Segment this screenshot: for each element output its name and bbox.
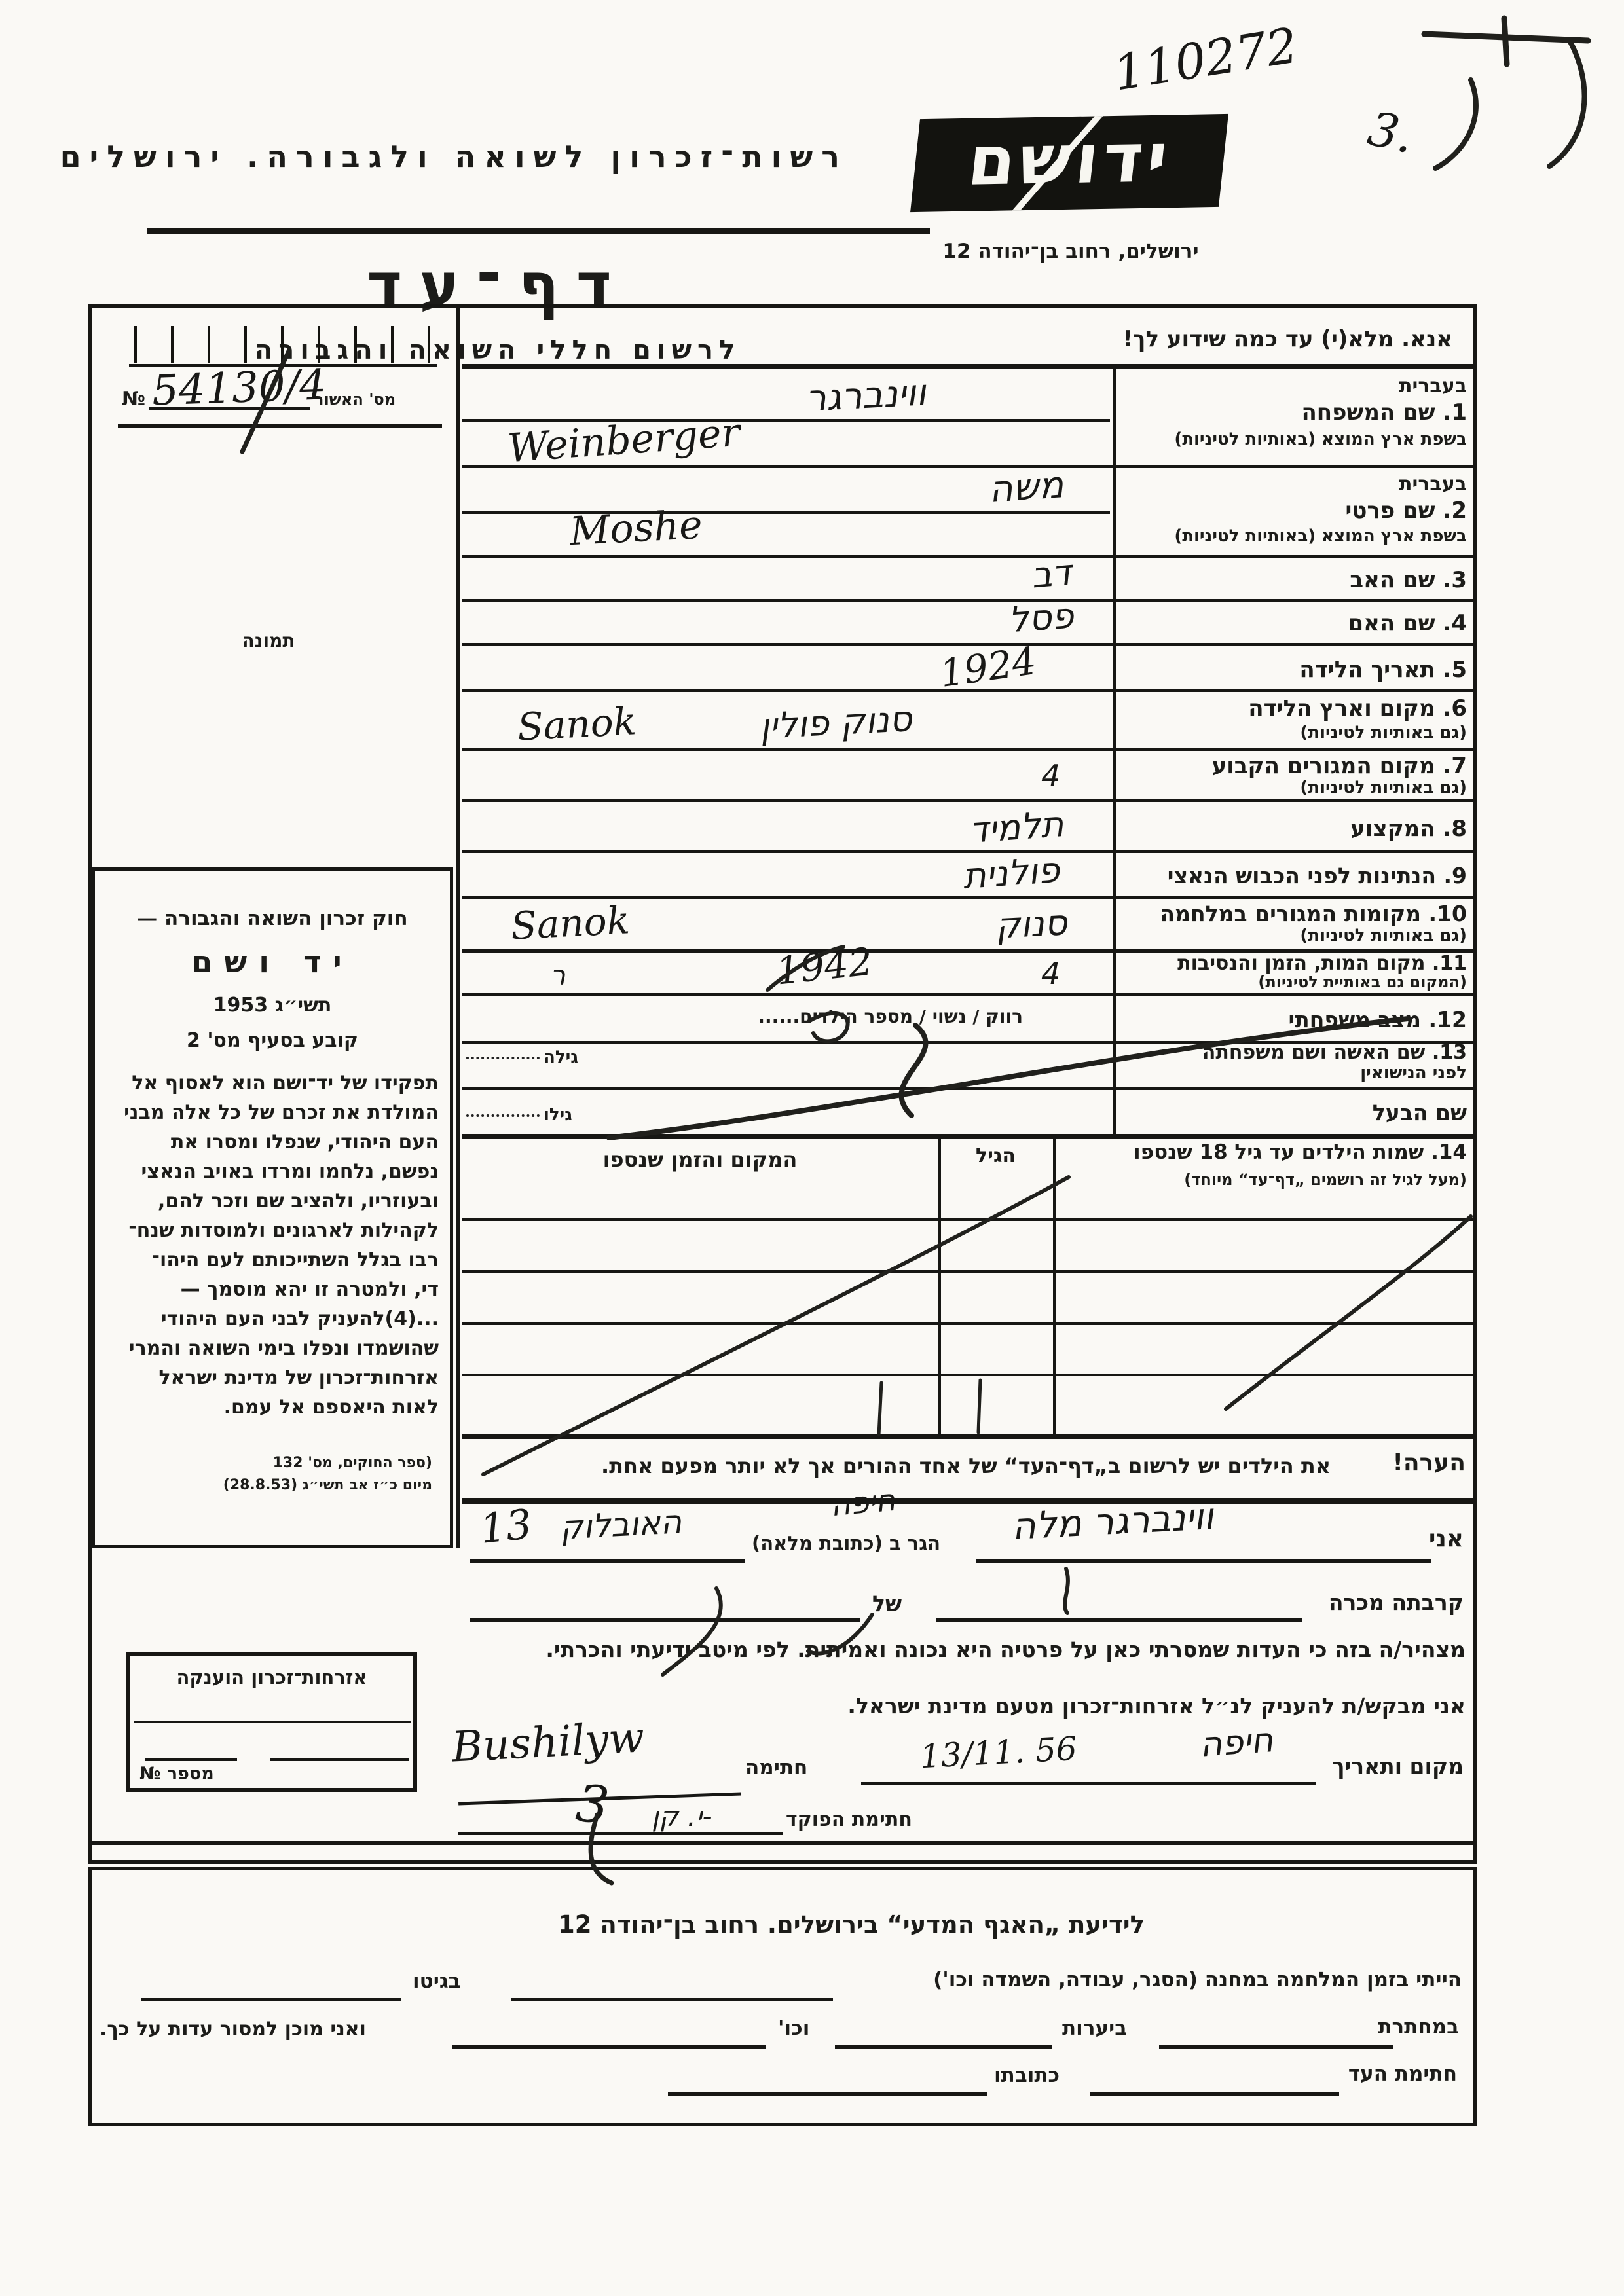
approval-underline [149, 407, 310, 410]
declarant-city-handwriting: חיפה [829, 1482, 896, 1523]
law-body-text: תפקידו של יד־ושם הוא לאסוף אל המולדת את … [106, 1068, 439, 1422]
footer-line3-blank-a [1090, 2092, 1339, 2096]
pencil-stroke [1504, 18, 1507, 64]
rule [462, 1087, 1473, 1090]
law-line: לקהילות לארגונים ולמוסדות שנח־ [106, 1216, 439, 1245]
age-his-label: גילו [544, 1105, 572, 1125]
place-handwriting: חיפה [1198, 1721, 1274, 1765]
rule-table-top [462, 1134, 1473, 1139]
tick [428, 326, 430, 363]
footer-address-label: כתובתו [994, 2064, 1060, 2087]
field-label-3: 3. שם האב [1113, 567, 1467, 593]
entry-mother-name: פסל [1007, 595, 1075, 641]
stamp-mid-rule [134, 1721, 411, 1723]
law-org-name: יד ושם [103, 944, 441, 979]
footer-line1-blank-a [511, 1998, 833, 2001]
entry-war-mark: ר [550, 959, 566, 991]
entry-line [462, 511, 1110, 514]
entry-surname-hebrew: ווינברגר [804, 371, 927, 420]
footer-ghetto-label: בגיטו [413, 1969, 461, 1993]
field-label-2: 2. שם פרטי [1113, 498, 1467, 524]
field-label-5: 5. תאריך הלידה [1113, 657, 1467, 683]
field-label-10: 10. מקומות המגורים במלחמה [1113, 901, 1467, 926]
field-label-11-sub: (המקום גם באותיית לטיניות) [1113, 973, 1467, 991]
marital-options: רווק / נשוי / מספר הילדים...... [758, 1006, 1023, 1027]
field-label-4: 4. שם האם [1113, 610, 1467, 636]
tick [244, 326, 247, 363]
entry-father-name: דב [1029, 551, 1073, 596]
tick [354, 326, 357, 363]
footer-line2-blank-a [1159, 2045, 1393, 2049]
place-date-label: מקום ותאריך [1332, 1753, 1464, 1779]
law-title: חוק זכרון השואה והגבורה — [103, 907, 441, 930]
tick [391, 326, 394, 363]
logo-text: ידושם [912, 117, 1228, 202]
rule [462, 643, 1473, 646]
entry-birthplace-hebrew: סנוק פולין [759, 698, 913, 747]
entry-firstname-hebrew: משה [987, 464, 1065, 511]
law-line: רבו בגלל השתייכותם לעם היהו־ [106, 1245, 439, 1275]
tick [208, 326, 210, 363]
of-underline [470, 1618, 860, 1622]
relation-underline [936, 1618, 1302, 1622]
field-label-7: 7. מקום המגורים הקבוע [1113, 753, 1467, 779]
stamp-number-text: מספר [167, 1764, 214, 1784]
law-line: שהושמדו ונפלו בימי השואה והמרי [106, 1334, 439, 1363]
entry-warplace-hebrew: סנוק [994, 902, 1068, 947]
rule-table-header-bottom [462, 1218, 1473, 1221]
table-divider-age-left [938, 1134, 941, 1434]
pencil-stroke [1435, 80, 1476, 168]
rule [462, 949, 1473, 953]
field-label-2-sub: בשפת ארץ המוצא (באותיות לטיניות) [1113, 526, 1467, 546]
clerk-signature-label: חתימת הפוקד [786, 1808, 912, 1831]
stamp-title: אזרחות־זכרון הוענקה [134, 1666, 409, 1688]
clerk-initials-handwriting: י. קן- [652, 1800, 712, 1832]
field-label-6-sub: (גם באותיות לטיניות) [1113, 723, 1467, 742]
footer-box [88, 1867, 1477, 2126]
rule-top-thick [462, 364, 1473, 369]
stamp-number-symbol: № [139, 1764, 160, 1784]
tick [281, 326, 284, 363]
field-label-13: 13. שם האשה ושם משפחתה [1113, 1041, 1467, 1064]
declare-text: מצהיר/ה בזה כי העדות שמסרתי כאן על פרטיה… [545, 1637, 1466, 1662]
rule [462, 1041, 1473, 1044]
approval-row-rule [118, 424, 442, 428]
field-label-1: 1. שם המשפחה [1113, 399, 1467, 426]
left-column-divider [456, 304, 460, 1548]
logo-address: ירושלים, רחוב בן־יהודה 12 [904, 240, 1238, 263]
age-her-leader [466, 1057, 540, 1059]
law-footnote-2: מיום כ״ז אב תשי״ג (28.8.53) [111, 1477, 432, 1493]
clerk-underline [458, 1832, 783, 1835]
entry-residence-ditto: 4 [1041, 758, 1060, 793]
table-row-line [462, 1322, 1473, 1325]
footer-etc-label: וכו' [778, 2016, 809, 2040]
footer-forests-label: ביערות [1062, 2016, 1127, 2040]
declarant-address-handwriting: האובלוק [559, 1503, 683, 1547]
file-number-handwriting: 110272 [1110, 17, 1301, 101]
rule [462, 799, 1473, 802]
footer-line1-blank-b [141, 1998, 401, 2001]
main-box-inner-bottom-rule [92, 1841, 1473, 1845]
entry-warplace-latin: Sanok [509, 898, 631, 948]
field-label-12: 12. מצב משפחתי [1113, 1007, 1467, 1032]
signature-label: חתימה [745, 1756, 807, 1779]
entry-citizenship: פולנית [961, 849, 1061, 897]
rule-table-bottom [462, 1434, 1473, 1439]
pencil-stroke [1424, 34, 1588, 41]
place-date-underline [861, 1782, 1316, 1785]
footer-line3-blank-b [668, 2092, 987, 2096]
law-line: ...(4)להעניק לבני העם היהודי [106, 1304, 439, 1334]
entry-profession: תלמיד [968, 803, 1065, 851]
entry-birthplace-latin: Sanok [516, 699, 637, 749]
stamp-number-label: מספר № [139, 1764, 214, 1784]
rule [462, 850, 1473, 853]
law-line: המולדת את זכרם של כל אלה מבני [106, 1098, 439, 1127]
signature-handwriting: Bushilyw [451, 1713, 646, 1772]
rule [462, 555, 1473, 558]
declarant-address-underline [470, 1559, 745, 1563]
law-footnote-1: (ספר החוקים, מס' 132 [111, 1455, 432, 1471]
resides-label: הגר ב (כתובת מלאה) [752, 1532, 940, 1554]
table-col-place-time: המקום והזמן שנספו [462, 1147, 938, 1172]
field-label-1-sub: בשפת ארץ המוצא (באותיות לטיניות) [1113, 429, 1467, 449]
law-line: לאות היאספם אל עמם. [106, 1393, 439, 1422]
footer-line2-blank-c [452, 2045, 766, 2049]
rule [462, 465, 1473, 468]
law-year-line: תשי״ג 1953 [103, 994, 441, 1017]
tick [134, 326, 137, 363]
footer-line1-text: הייתי בזמן המלחמה במחנה (הסגר, עבודה, הש… [933, 1968, 1462, 1992]
entry-death-ditto: 4 [1041, 956, 1060, 991]
table-row-line [462, 1270, 1473, 1273]
stamp-line-left [145, 1758, 237, 1761]
law-line: אזרחות־זכרון של מדינת ישראל [106, 1363, 439, 1393]
rule [462, 599, 1473, 602]
scanned-testimony-page: רשות־זכרון לשואה ולגבורה. ירושלים דף־עד … [0, 0, 1624, 2296]
of-label: של [872, 1591, 902, 1616]
authority-line: רשות־זכרון לשואה ולגבורה. ירושלים [147, 139, 848, 174]
table-row-line [462, 1374, 1473, 1376]
law-line: די, ולמטרה זו יהא מוסמך — [106, 1275, 439, 1304]
footer-title: לידיעת „האגף המדעי“ בירושלים. רחוב בן־יה… [504, 1910, 1198, 1939]
field-label-14: 14. שמות הילדים עד גיל 18 שנספו [1048, 1140, 1467, 1164]
header-underline [147, 228, 930, 234]
field-label-10-sub: (גם באותיות לטיניות) [1113, 926, 1467, 945]
approval-number-label: מס' האשור [314, 390, 396, 409]
stamp-line-right [270, 1758, 409, 1761]
rule [462, 993, 1473, 996]
form-instruction: אנא. מלא(י) עד כמה שידוע לך! [1122, 326, 1452, 352]
yad-vashem-logo: ידושם [910, 114, 1228, 212]
field-label-6: 6. מקום וארץ הלידה [1113, 695, 1467, 721]
footer-underground-label: במחתרת [1378, 2015, 1459, 2039]
rule [462, 748, 1473, 751]
age-her-label: גילה [544, 1048, 578, 1067]
i-label: אני [1429, 1525, 1464, 1552]
husband-label: שם הבעל [1113, 1100, 1467, 1125]
law-line: העם היהודי, שנפלו ומסרו את [106, 1127, 439, 1157]
footer-witness-signature-label: חתימת העד [1348, 2062, 1457, 2086]
approval-number-symbol: № [122, 388, 145, 410]
note-label: הערה! [1392, 1449, 1466, 1476]
footer-line2-blank-b [835, 2045, 1052, 2049]
law-line: תפקידו של יד־ושם הוא לאסוף אל [106, 1068, 439, 1098]
clerk-digit-handwriting: 3 [573, 1774, 612, 1836]
request-text: אני מבקש/ת להעניק לנ״ל אזרחות־זכרון מטעם… [847, 1693, 1466, 1719]
field-label-2-pre: בעברית [1113, 473, 1467, 496]
declarant-name-underline [976, 1559, 1431, 1563]
relation-label: קרבתה מכרה [1329, 1590, 1464, 1615]
tick [171, 326, 174, 363]
law-clause-line: קובע בסעיף מס' 2 [103, 1029, 441, 1052]
declarant-address-number-handwriting: 13 [477, 1500, 534, 1553]
field-label-9: 9. הנתינות לפני הכבוש הנאצי [1113, 863, 1467, 888]
law-line: ובעוזריו, ולהציב שם וזכר להם, [106, 1186, 439, 1216]
entry-firstname-latin: Moshe [568, 502, 703, 555]
corner-digit-handwriting: 3. [1363, 101, 1419, 164]
field-label-1-pre: בעברית [1113, 374, 1467, 397]
field-label-11: 11. מקום המות, הזמן והנסיבות [1113, 952, 1467, 975]
rule-note-bottom [462, 1498, 1473, 1504]
field-label-13-sub: לפני הנישואין [1113, 1063, 1467, 1083]
law-line: נפשם, נלחמו ומרדו באויב הנאצי [106, 1157, 439, 1186]
footer-ready-text: ואני מוכן למסור עדות על כך. [100, 2018, 366, 2041]
field-label-8: 8. המקצוע [1113, 816, 1467, 842]
age-his-leader [466, 1114, 540, 1117]
pencil-stroke [1549, 42, 1585, 166]
field-label-7-sub: (גם באותיות לטיניות) [1113, 778, 1467, 797]
table-col-age: הגיל [938, 1144, 1053, 1167]
photo-label: תמונה [223, 630, 314, 651]
field-label-14-sub: (מעל לגיל זה רושמים „דף־עד“ מיוחד) [1048, 1171, 1467, 1189]
note-text: את הילדים יש לרשום ב„דף־העד“ של אחד ההור… [601, 1453, 1331, 1478]
tick [318, 326, 320, 363]
